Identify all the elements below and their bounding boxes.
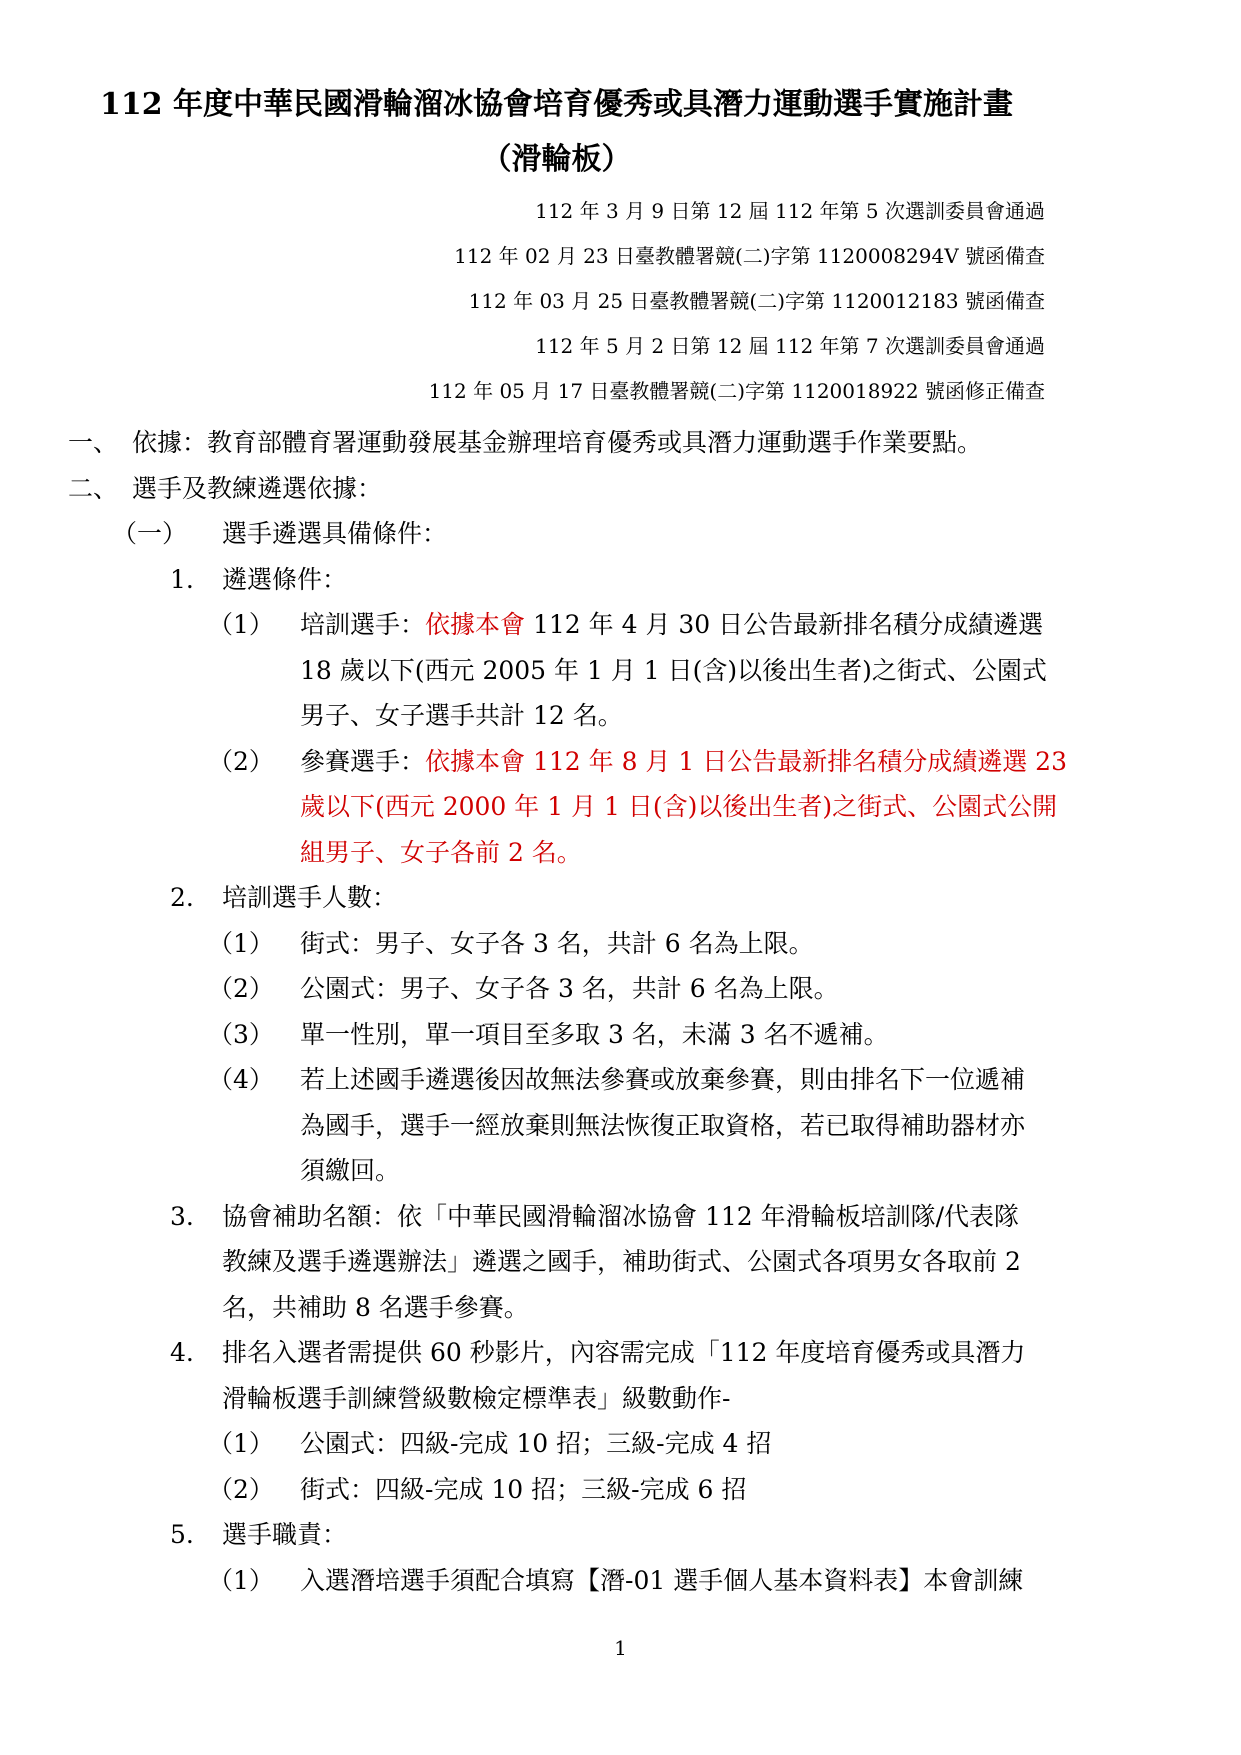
red-text: 組男子、女子各前 2 名。 [300, 838, 582, 867]
document-content: 112 年度中華民國滑輪溜冰協會培育優秀或具潛力運動選手實施計畫 （滑輪板） 1… [0, 0, 1241, 1603]
list-item-continuation: 須繳回。 [68, 1148, 1045, 1194]
list-item-text: 參賽選手：依據本會 112 年 8 月 1 日公告最新排名積分成績遴選 23 [300, 747, 1067, 776]
list-item-marker: （1） [208, 1558, 274, 1604]
list-item-park-levels: （1） 公園式：四級-完成 10 招；三級-完成 4 招 [68, 1421, 1045, 1467]
document-title: 112 年度中華民國滑輪溜冰協會培育優秀或具潛力運動選手實施計畫 [68, 0, 1045, 126]
list-item-text: 滑輪板選手訓練營級數檢定標準表」級數動作- [222, 1384, 730, 1413]
approval-line: 112 年 05 月 17 日臺教體署競(二)字第 1120018922 號函修… [68, 369, 1045, 414]
list-item-marker: （2） [208, 739, 274, 785]
list-item-marker: （1） [208, 602, 274, 648]
list-item-replacement-rule: （4） 若上述國手遴選後因故無法參賽或放棄參賽，則由排名下一位遞補 [68, 1057, 1045, 1103]
page-number: 1 [0, 1636, 1241, 1660]
list-item-marker: 5. [170, 1512, 194, 1558]
list-item-marker: （2） [208, 1467, 274, 1513]
list-item-gender-limit: （3） 單一性別，單一項目至多取 3 名，未滿 3 名不遞補。 [68, 1012, 1045, 1058]
list-item-fill-form: （1） 入選潛培選手須配合填寫【潛-01 選手個人基本資料表】本會訓練 [68, 1558, 1045, 1604]
list-item-marker: 一、 [68, 420, 118, 466]
list-item-text: 培訓選手人數： [222, 883, 397, 912]
list-item-marker: （4） [208, 1057, 274, 1103]
list-item-text: 培訓選手：依據本會 112 年 4 月 30 日公告最新排名積分成績遴選 [300, 610, 1043, 639]
list-item-text: 18 歲以下(西元 2005 年 1 月 1 日(含)以後出生者)之街式、公園式 [300, 656, 1047, 685]
list-item-text: 若上述國手遴選後因故無法參賽或放棄參賽，則由排名下一位遞補 [300, 1065, 1025, 1094]
list-item-text: 男子、女子選手共計 12 名。 [300, 701, 623, 730]
approval-history: 112 年 3 月 9 日第 12 屆 112 年第 5 次選訓委員會通過 11… [68, 189, 1045, 414]
list-item-marker: 2. [170, 875, 194, 921]
list-item-selection-basis: 二、 選手及教練遴選依據： [68, 466, 1045, 512]
list-item-video-requirement: 4. 排名入選者需提供 60 秒影片，內容需完成「112 年度培育優秀或具潛力 [68, 1330, 1045, 1376]
list-item-text: 協會補助名額：依「中華民國滑輪溜冰協會 112 年滑輪板培訓隊/代表隊 [222, 1202, 1019, 1231]
list-item-street-levels: （2） 街式：四級-完成 10 招；三級-完成 6 招 [68, 1467, 1045, 1513]
list-item-criteria: 1. 遴選條件： [68, 557, 1045, 603]
list-item-text: 單一性別，單一項目至多取 3 名，未滿 3 名不遞補。 [300, 1020, 889, 1049]
list-item-text: 名，共補助 8 名選手參賽。 [222, 1293, 529, 1322]
list-item-park-count: （2） 公園式：男子、女子各 3 名，共計 6 名為上限。 [68, 966, 1045, 1012]
list-item-text: 選手遴選具備條件： [222, 519, 447, 548]
list-item-player-count: 2. 培訓選手人數： [68, 875, 1045, 921]
list-item-competing-players: （2） 參賽選手：依據本會 112 年 8 月 1 日公告最新排名積分成績遴選 … [68, 739, 1045, 785]
approval-line: 112 年 03 月 25 日臺教體署競(二)字第 1120012183 號函備… [68, 279, 1045, 324]
list-item-text: 選手職責： [222, 1520, 347, 1549]
list-item-street-count: （1） 街式：男子、女子各 3 名，共計 6 名為上限。 [68, 921, 1045, 967]
document-page: 112 年度中華民國滑輪溜冰協會培育優秀或具潛力運動選手實施計畫 （滑輪板） 1… [0, 0, 1241, 1755]
list-item-continuation: 滑輪板選手訓練營級數檢定標準表」級數動作- [68, 1376, 1045, 1422]
red-text: 歲以下(西元 2000 年 1 月 1 日(含)以後出生者)之街式、公園式公開 [300, 792, 1057, 821]
list-item-text: 公園式：男子、女子各 3 名，共計 6 名為上限。 [300, 974, 839, 1003]
red-text: 依據本會 [425, 610, 525, 639]
list-item-text: 街式：四級-完成 10 招；三級-完成 6 招 [300, 1475, 746, 1504]
approval-line: 112 年 02 月 23 日臺教體署競(二)字第 1120008294V 號函… [68, 234, 1045, 279]
list-item-marker: 4. [170, 1330, 194, 1376]
list-item-marker: 3. [170, 1194, 194, 1240]
list-item-marker: （1） [208, 1421, 274, 1467]
list-item-text: 教練及選手遴選辦法」遴選之國手，補助街式、公園式各項男女各取前 2 [222, 1247, 1021, 1276]
document-body: 一、 依據：教育部體育署運動發展基金辦理培育優秀或具潛力運動選手作業要點。 二、… [68, 420, 1045, 1603]
list-item-text: 為國手，選手一經放棄則無法恢復正取資格，若已取得補助器材亦 [300, 1111, 1025, 1140]
list-item-text: 依據：教育部體育署運動發展基金辦理培育優秀或具潛力運動選手作業要點。 [132, 428, 982, 457]
list-item-continuation: 男子、女子選手共計 12 名。 [68, 693, 1045, 739]
list-item-text: 排名入選者需提供 60 秒影片，內容需完成「112 年度培育優秀或具潛力 [222, 1338, 1025, 1367]
list-item-continuation: 歲以下(西元 2000 年 1 月 1 日(含)以後出生者)之街式、公園式公開 [68, 784, 1045, 830]
approval-line: 112 年 3 月 9 日第 12 屆 112 年第 5 次選訓委員會通過 [68, 189, 1045, 234]
list-item-continuation: 組男子、女子各前 2 名。 [68, 830, 1045, 876]
list-item-marker: （1） [208, 921, 274, 967]
list-item-continuation: 為國手，選手一經放棄則無法恢復正取資格，若已取得補助器材亦 [68, 1103, 1045, 1149]
list-item-training-players: （1） 培訓選手：依據本會 112 年 4 月 30 日公告最新排名積分成績遴選 [68, 602, 1045, 648]
list-item-text: 入選潛培選手須配合填寫【潛-01 選手個人基本資料表】本會訓練 [300, 1566, 1023, 1595]
list-item-continuation: 教練及選手遴選辦法」遴選之國手，補助街式、公園式各項男女各取前 2 [68, 1239, 1045, 1285]
list-item-text: 公園式：四級-完成 10 招；三級-完成 4 招 [300, 1429, 771, 1458]
list-item-marker: （一） [112, 511, 187, 557]
list-item-subsidy-quota: 3. 協會補助名額：依「中華民國滑輪溜冰協會 112 年滑輪板培訓隊/代表隊 [68, 1194, 1045, 1240]
document-subtitle: （滑輪板） [68, 126, 1045, 181]
list-item-continuation: 18 歲以下(西元 2005 年 1 月 1 日(含)以後出生者)之街式、公園式 [68, 648, 1045, 694]
approval-line: 112 年 5 月 2 日第 12 屆 112 年第 7 次選訓委員會通過 [68, 324, 1045, 369]
list-item-text: 街式：男子、女子各 3 名，共計 6 名為上限。 [300, 929, 814, 958]
list-item-text: 選手及教練遴選依據： [132, 474, 382, 503]
list-item-basis: 一、 依據：教育部體育署運動發展基金辦理培育優秀或具潛力運動選手作業要點。 [68, 420, 1045, 466]
list-item-marker: （2） [208, 966, 274, 1012]
list-item-text: 須繳回。 [300, 1156, 400, 1185]
list-item-marker: （3） [208, 1012, 274, 1058]
list-item-marker: 1. [170, 557, 194, 603]
list-item-player-duties: 5. 選手職責： [68, 1512, 1045, 1558]
list-item-player-conditions: （一） 選手遴選具備條件： [68, 511, 1045, 557]
list-item-marker: 二、 [68, 466, 118, 512]
red-text: 依據本會 112 年 8 月 1 日公告最新排名積分成績遴選 23 [425, 747, 1067, 776]
list-item-continuation: 名，共補助 8 名選手參賽。 [68, 1285, 1045, 1331]
list-item-text: 遴選條件： [222, 565, 347, 594]
